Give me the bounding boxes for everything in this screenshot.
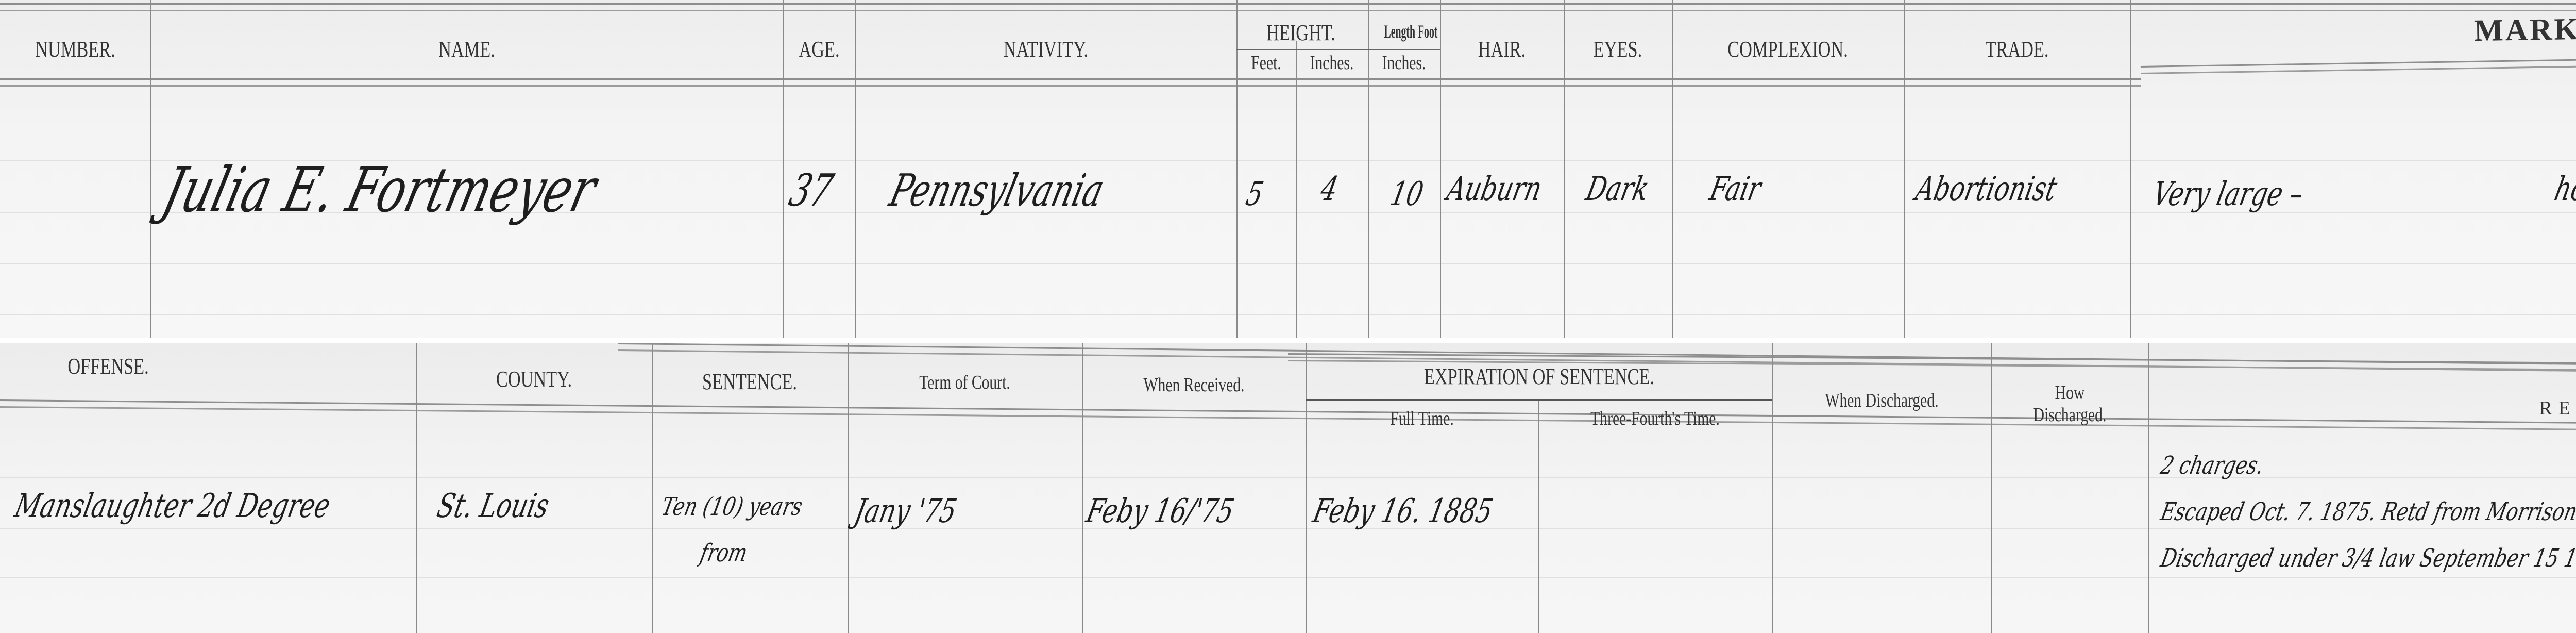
entry-eyes: Dark [1583, 170, 1652, 208]
top-border-rule [0, 3, 2576, 11]
entry-trade: Abortionist [1912, 170, 2060, 208]
entry-height-inches: 4 [1317, 170, 1341, 208]
header-sentence: SENTENCE. [673, 369, 826, 395]
entry-full-time: Feby 16. 1885 [1310, 492, 1496, 530]
header-county: COUNTY. [442, 366, 625, 392]
entry-foot-length: 10 [1387, 175, 1427, 213]
register-bottom-section: OFFENSE. COUNTY. SENTENCE. Term of Court… [0, 343, 2576, 633]
header-height-inches: Inches. [1303, 52, 1360, 74]
faint-ruling [0, 314, 2576, 315]
header-length-foot: Length Foot [1384, 21, 1424, 42]
entry-age: 37 [785, 165, 838, 216]
header-height: HEIGHT. [1251, 20, 1351, 46]
entry-sentence-1: Ten (10) years [659, 492, 805, 521]
header-how-discharged-2: Discharged. [2009, 404, 2131, 426]
header-expiration-of-sentence: EXPIRATION OF SENTENCE. [1358, 363, 1721, 390]
entry-term-of-court: Jany '75 [851, 492, 960, 530]
header-foot-inches: Inches. [1376, 52, 1432, 74]
entry-county: St. Louis [434, 487, 552, 525]
header-when-discharged: When Discharged. [1797, 389, 1968, 412]
header-name: NAME. [220, 36, 714, 62]
entry-nativity: Pennsylvania [885, 165, 1109, 216]
header-marks-and-scars: MARKS AND SCARS. [2421, 7, 2576, 49]
header-height-feet: Feet. [1243, 52, 1290, 74]
header-how-discharged-1: How [2009, 381, 2131, 404]
header-term-of-court: Term of Court. [873, 371, 1056, 394]
header-remarks: REMARKS. [2148, 397, 2576, 420]
entry-remark-3: Discharged under 3/4 law September 15 18… [2158, 544, 2576, 573]
register-top-section: NUMBER. NAME. AGE. NATIVITY. HEIGHT. Fee… [0, 0, 2576, 338]
faint-ruling [0, 263, 2576, 264]
header-number: NUMBER. [16, 36, 134, 62]
entry-offense: Manslaughter 2d Degree [11, 487, 333, 525]
header-age: AGE. [791, 36, 847, 62]
entry-remark-2: Escaped Oct. 7. 1875. Retd from Morrison… [2158, 497, 2576, 526]
header-full-time: Full Time. [1332, 407, 1513, 430]
entry-when-received: Feby 16/'75 [1083, 492, 1237, 530]
entry-marks-2: homely [2551, 170, 2576, 208]
entry-complexion: Fair [1706, 170, 1765, 208]
header-nativity: NATIVITY. [897, 36, 1194, 62]
entry-marks-1: Very large – [2149, 175, 2307, 213]
header-eyes: EYES. [1575, 36, 1660, 62]
header-complexion: COMPLEXION. [1698, 36, 1878, 62]
header-bottom-rule [0, 78, 2141, 87]
entry-hair: Auburn [1444, 170, 1545, 208]
entry-sentence-2: from [698, 539, 750, 568]
marks-header-rule [2141, 51, 2576, 74]
faint-ruling [0, 577, 2576, 578]
header-offense: OFFENSE. [24, 353, 193, 379]
entry-remark-1: 2 charges. [2158, 451, 2266, 480]
header-hair: HAIR. [1453, 36, 1550, 62]
entry-name: Julia E. Fortmeyer [156, 155, 603, 226]
header-trade: TRADE. [1928, 36, 2105, 62]
header-three-fourths-time: Three-Fourth's Time. [1564, 407, 1747, 430]
faint-ruling [0, 528, 2576, 529]
entry-height-feet: 5 [1243, 175, 1266, 213]
header-when-received: When Received. [1107, 374, 1281, 396]
